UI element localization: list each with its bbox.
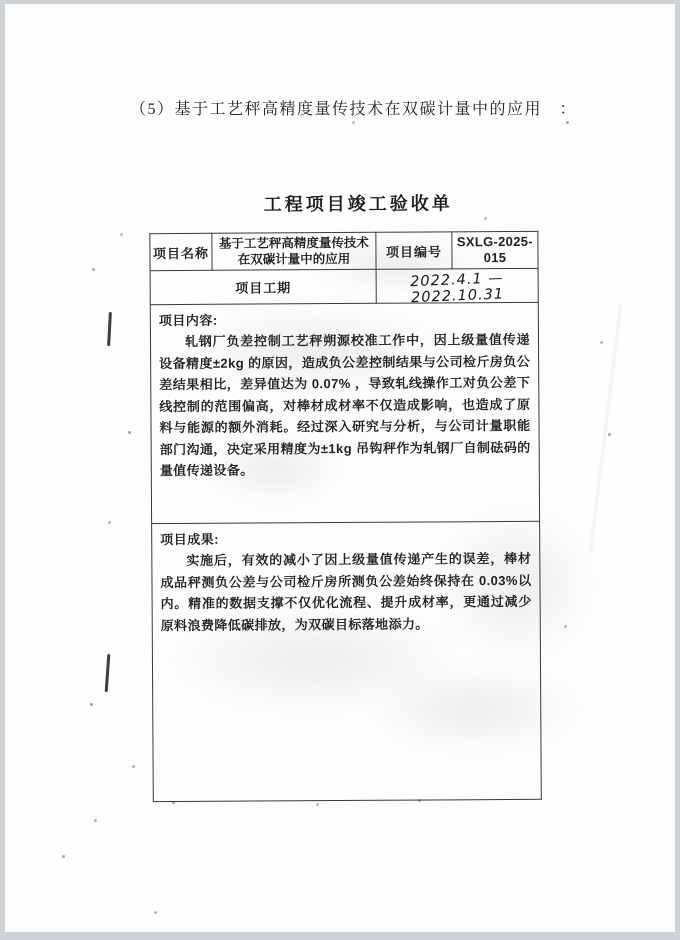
table-row: 项目工期 2022.4.1 — 2022.10.31 (150, 268, 538, 304)
form-area: 工程项目竣工验收单 项目名称 基于工艺秤高精度量传技术在双碳计量中的应用 项目编… (5, 4, 675, 932)
project-number-label: 项目编号 (376, 232, 452, 269)
project-results-cell: 项目成果: 实施后，有效的减小了因上级量值传递产生的误差，棒材成品秤测负公差与公… (152, 521, 542, 801)
project-content-text: 轧钢厂负差控制工艺秤朔源校准工作中，因上级量值传递设备精度±2kg 的原因，造成… (159, 329, 531, 482)
scan-background: （5）基于工艺秤高精度量传技术在双碳计量中的应用 ： 工程项目竣工验收单 项目名… (0, 0, 680, 940)
project-number-value: SXLG-2025-015 (452, 231, 538, 269)
scan-dust-specks (5, 4, 6, 5)
acceptance-form-table: 项目名称 基于工艺秤高精度量传技术在双碳计量中的应用 项目编号 SXLG-202… (149, 231, 541, 802)
project-name-value: 基于工艺秤高精度量传技术在双碳计量中的应用 (212, 232, 376, 270)
project-period-label: 项目工期 (150, 269, 376, 304)
project-results-text: 实施后，有效的减小了因上级量值传递产生的误差，棒材成品秤测负公差与公司检斤房所测… (160, 548, 532, 636)
project-content-cell: 项目内容: 轧钢厂负差控制工艺秤朔源校准工作中，因上级量值传递设备精度±2kg … (150, 302, 539, 523)
project-content-label: 项目内容: (159, 308, 530, 329)
table-row: 项目名称 基于工艺秤高精度量传技术在双碳计量中的应用 项目编号 SXLG-202… (150, 231, 538, 270)
table-row: 项目成果: 实施后，有效的减小了因上级量值传递产生的误差，棒材成品秤测负公差与公… (152, 521, 542, 801)
project-period-handwritten-value: 2022.4.1 — 2022.10.31 (376, 269, 538, 308)
project-results-label: 项目成果: (160, 527, 531, 548)
form-title: 工程项目竣工验收单 (149, 189, 537, 217)
document-page: （5）基于工艺秤高精度量传技术在双碳计量中的应用 ： 工程项目竣工验收单 项目名… (5, 4, 675, 932)
table-row: 项目内容: 轧钢厂负差控制工艺秤朔源校准工作中，因上级量值传递设备精度±2kg … (150, 302, 539, 523)
project-period-cell: 2022.4.1 — 2022.10.31 (376, 268, 538, 303)
project-name-label: 项目名称 (150, 233, 212, 270)
